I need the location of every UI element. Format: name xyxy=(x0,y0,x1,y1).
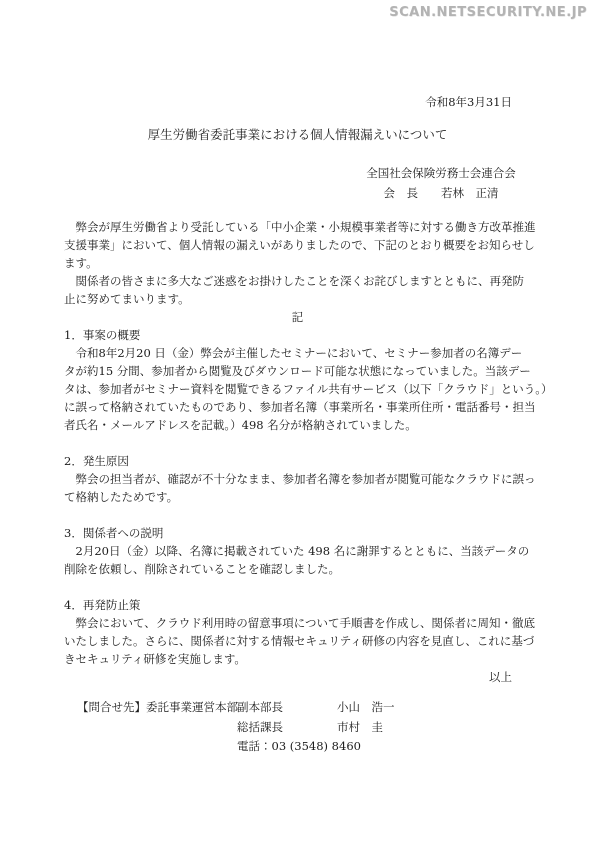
body-line: 止に努めてまいります。 xyxy=(64,290,531,308)
contact-block: 【問合せ先】委託事業運営本部副本部長小山 浩一総括課長市村 圭電話：03 (35… xyxy=(64,698,531,757)
blank-line xyxy=(64,434,531,452)
body-line: 弊会の担当者が、確認が不十分なまま、参加者名簿を参加者が閲覧可能なクラウドに誤っ xyxy=(64,470,531,488)
watermark-text: SCAN.NETSECURITY.NE.JP xyxy=(389,5,587,20)
blank-line xyxy=(64,578,531,596)
section-heading: 3．関係者への説明 xyxy=(64,524,531,542)
sender-organization: 全国社会保険労務士会連合会 xyxy=(341,164,541,184)
document-page: SCAN.NETSECURITY.NE.JP 令和8年3月31日 厚生労働省委託… xyxy=(0,0,595,841)
body-line: 令和8年2月20 日（金）弊会が主催したセミナーにおいて、セミナー参加者の名簿デ… xyxy=(64,344,531,362)
contact-name: 市村 圭 xyxy=(337,718,383,738)
body-line: 弊会において、クラウド利用時の留意事項について手順書を作成し、関係者に周知・徹底 xyxy=(64,614,531,632)
body-line: 支援事業」において、個人情報の漏えいがありましたので、下記のとおり概要をお知らせ… xyxy=(64,236,531,254)
body-line: て格納したためです。 xyxy=(64,488,531,506)
body-line: きセキュリティ研修を実施します。 xyxy=(64,650,531,668)
body-line: 弊会が厚生労働省より受託している「中小企業・小規模事業者等に対する働き方改革推進 xyxy=(64,218,531,236)
body-line: 関係者の皆さまに多大なご迷惑をお掛けしたことを深くお詫びしますとともに、再発防 xyxy=(64,272,531,290)
sender-signer: 会 長 若林 正清 xyxy=(341,184,541,204)
body-line: タは、参加者がセミナー資料を閲覧できるファイル共有サービス（以下「クラウド」とい… xyxy=(64,380,531,398)
contact-label: 【問合せ先】委託事業運営本部 xyxy=(64,698,237,718)
contact-row: 電話：03 (3548) 8460 xyxy=(64,737,531,757)
section-heading: 1．事案の概要 xyxy=(64,326,531,344)
document-date: 令和8年3月31日 xyxy=(64,93,512,111)
document-title: 厚生労働省委託事業における個人情報漏えいについて xyxy=(0,125,595,144)
contact-name: 小山 浩一 xyxy=(337,698,395,718)
section-heading: 2．発生原因 xyxy=(64,452,531,470)
document-body: 弊会が厚生労働省より受託している「中小企業・小規模事業者等に対する働き方改革推進… xyxy=(64,218,531,686)
intro-paragraphs: 弊会が厚生労働省より受託している「中小企業・小規模事業者等に対する働き方改革推進… xyxy=(64,218,531,308)
sender-block: 全国社会保険労務士会連合会 会 長 若林 正清 xyxy=(341,164,541,203)
body-line: いたしました。さらに、関係者に対する情報セキュリティ研修の内容を見直し、これに基… xyxy=(64,632,531,650)
record-marker: 記 xyxy=(64,308,531,326)
body-line: タが約15 分間、参加者から閲覧及びダウンロード可能な状態になっていました。当該… xyxy=(64,362,531,380)
body-line: 削除を依頼し、削除されていることを確認しました。 xyxy=(64,560,531,578)
contact-label xyxy=(64,737,237,757)
section-heading: 4．再発防止策 xyxy=(64,596,531,614)
contact-role: 副本部長 xyxy=(237,698,337,718)
contact-row: 【問合せ先】委託事業運営本部副本部長小山 浩一 xyxy=(64,698,531,718)
contact-role: 電話：03 (3548) 8460 xyxy=(237,737,337,757)
body-line: に誤って格納されていたものであり、参加者名簿（事業所名・事業所住所・電話番号・担… xyxy=(64,398,531,416)
contact-role: 総括課長 xyxy=(237,718,337,738)
closing-marker: 以上 xyxy=(64,668,531,686)
body-line: 2月20日（金）以降、名簿に掲載されていた 498 名に謝罪するとともに、当該デ… xyxy=(64,542,531,560)
blank-line xyxy=(64,506,531,524)
body-line: ます。 xyxy=(64,254,531,272)
document-sections: 1．事案の概要 令和8年2月20 日（金）弊会が主催したセミナーにおいて、セミナ… xyxy=(64,326,531,668)
contact-label xyxy=(64,718,237,738)
contact-row: 総括課長市村 圭 xyxy=(64,718,531,738)
body-line: 者氏名・メールアドレスを記載。）498 名分が格納されていました。 xyxy=(64,416,531,434)
